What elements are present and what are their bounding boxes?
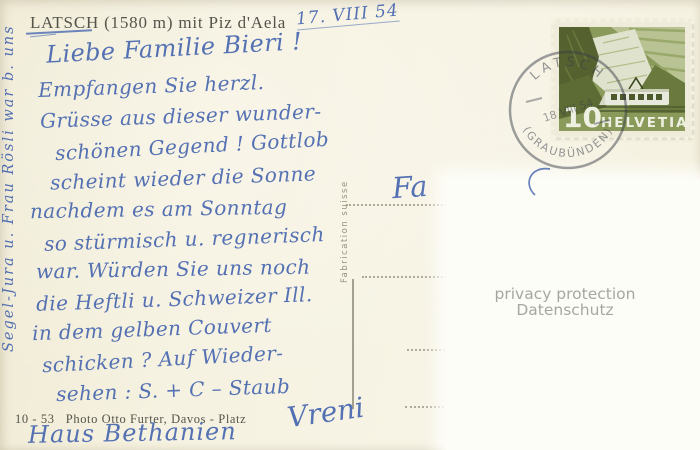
postmark: LATSCH (GRAUBÜNDEN) 18 VIII 54	[502, 44, 634, 176]
fabrication-print: Fabrication suisse	[340, 158, 352, 283]
message-line: scheint wieder die Sonne	[50, 161, 317, 194]
postcard-back: LATSCH (1580 m) mit Piz d'Aela 17. VIII …	[0, 0, 700, 450]
address-handwriting-start: Fa	[391, 169, 429, 205]
message-line: in dem gelben Couvert	[32, 313, 273, 345]
message-line: Empfangen Sie herzl.	[38, 70, 265, 102]
house-name-handwriting: Haus Bethanien	[28, 417, 237, 449]
message-line: sehen : S. + C – Staub	[56, 374, 291, 406]
message-line: nachdem es am Sonntag	[30, 195, 288, 223]
postmark-bottom-text: (GRAUBÜNDEN)	[520, 124, 616, 160]
address-line	[362, 276, 454, 278]
message-line: schönen Gegend ! Gottlob	[55, 127, 330, 165]
message-line: Grüsse aus dieser wunder-	[40, 99, 322, 133]
postmark-date: 18 VIII 54	[541, 96, 595, 125]
message-line: die Heftli u. Schweizer Ill.	[36, 282, 313, 316]
handwritten-date: 17. VIII 54	[295, 1, 399, 31]
ink-squiggle	[520, 164, 560, 204]
signature-extra: Vreni	[285, 391, 366, 434]
stamp-perforation	[550, 17, 694, 24]
center-divider	[352, 279, 354, 409]
message-line: schicken ? Auf Wieder-	[42, 341, 284, 378]
privacy-watermark: privacy protection Datenschutz	[440, 286, 690, 318]
message-line: war. Würden Sie uns noch	[36, 255, 311, 284]
address-line	[405, 406, 452, 408]
stamp-perforation	[689, 18, 696, 140]
margin-handwriting: Segel-Jura u. Frau Rösli war b. uns !	[1, 22, 27, 352]
message-salutation: Liebe Familie Bieri !	[45, 27, 302, 68]
svg-text:(GRAUBÜNDEN): (GRAUBÜNDEN)	[520, 124, 616, 160]
privacy-watermark-line1: privacy protection	[440, 286, 690, 302]
message-line: so stürmisch u. regnerisch	[44, 222, 325, 256]
privacy-watermark-line2: Datenschutz	[440, 302, 690, 318]
